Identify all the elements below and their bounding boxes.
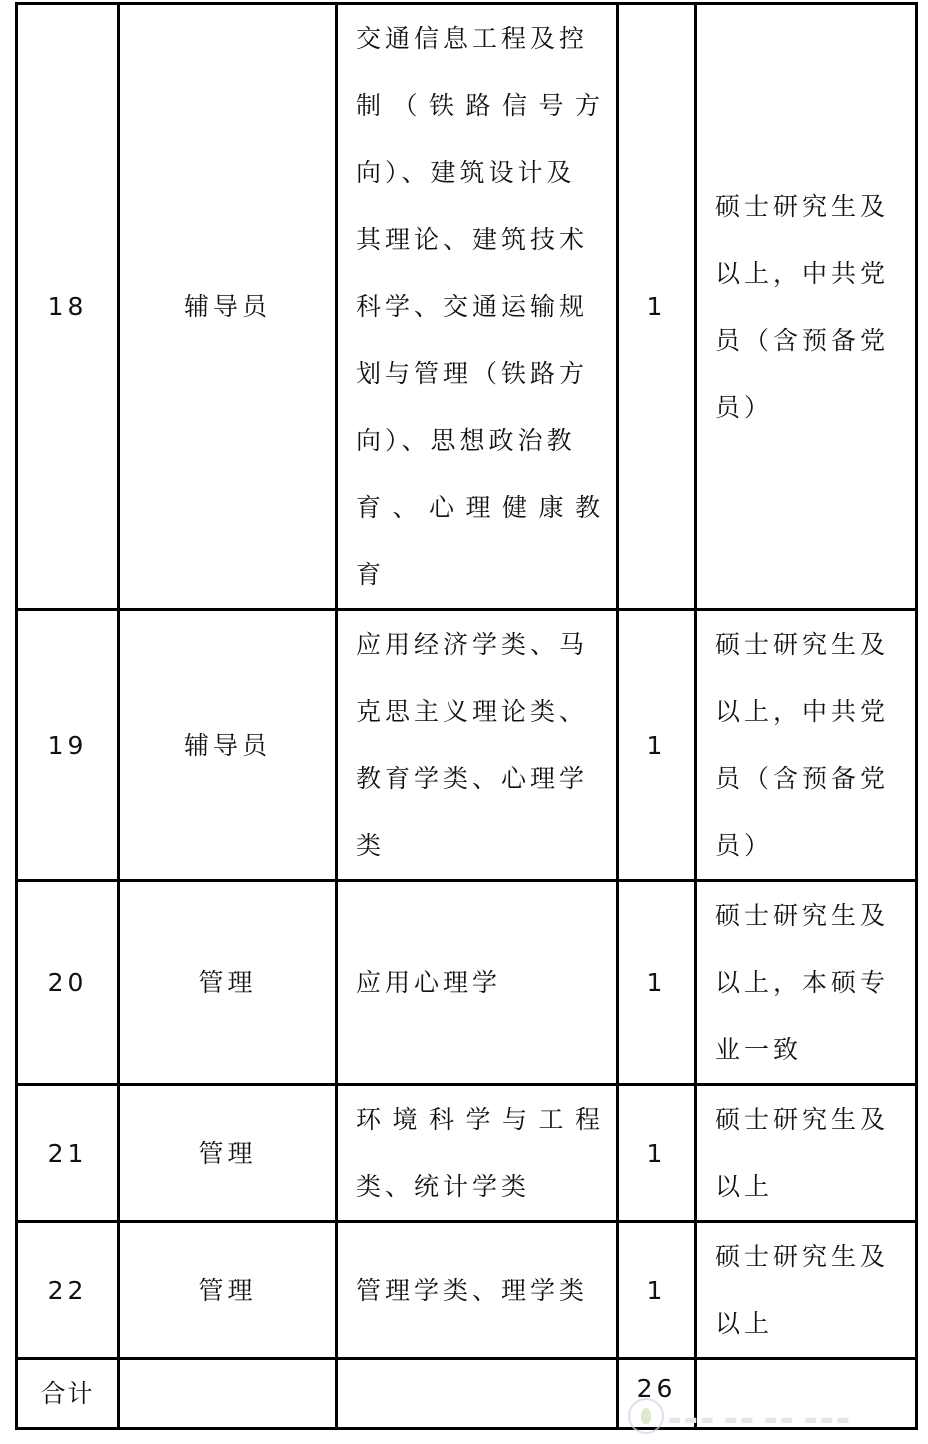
other-requirement: 硕士研究生及 以上 <box>696 1085 917 1222</box>
row-index: 20 <box>17 881 119 1085</box>
major-line: 环境科学与工程 <box>356 1086 604 1153</box>
major-line: 划与管理（铁路方 <box>356 340 604 407</box>
position-name: 管理 <box>119 881 337 1085</box>
headcount: 1 <box>618 881 696 1085</box>
requirement-line: 硕士研究生及 <box>715 173 905 240</box>
school-emblem-icon <box>628 1398 664 1434</box>
position-name: 管理 <box>119 1222 337 1359</box>
requirement-line: 员） <box>715 374 905 441</box>
major-line: 克思主义理论类、 <box>356 678 604 745</box>
requirement-line: 以上 <box>715 1290 905 1357</box>
requirement-line: 以上，本硕专 <box>715 949 905 1016</box>
other-requirement: 硕士研究生及 以上，本硕专 业一致 <box>696 881 917 1085</box>
major-requirement: 管理学类、理学类 <box>337 1222 618 1359</box>
major-line: 向）、思想政治教 <box>356 407 604 474</box>
row-index: 19 <box>17 610 119 881</box>
major-line: 类、统计学类 <box>356 1153 604 1220</box>
major-line: 应用心理学 <box>356 949 604 1016</box>
emblem-center <box>641 1408 651 1424</box>
requirement-line: 业一致 <box>715 1016 905 1083</box>
total-label: 合计 <box>17 1359 119 1429</box>
position-name: 辅导员 <box>119 4 337 610</box>
major-line: 制（铁路信号方 <box>356 72 604 139</box>
row-index: 22 <box>17 1222 119 1359</box>
major-line: 育、心理健康教 <box>356 474 604 541</box>
total-major <box>337 1359 618 1429</box>
major-line: 管理学类、理学类 <box>356 1257 604 1324</box>
major-requirement: 交通信息工程及控 制（铁路信号方 向）、建筑设计及 其理论、建筑技术 科学、交通… <box>337 4 618 610</box>
headcount: 1 <box>618 4 696 610</box>
row-index: 21 <box>17 1085 119 1222</box>
position-name: 辅导员 <box>119 610 337 881</box>
other-requirement: 硕士研究生及 以上，中共党 员（含预备党 员） <box>696 4 917 610</box>
requirement-line: 员（含预备党 <box>715 307 905 374</box>
table-row: 22 管理 管理学类、理学类 1 硕士研究生及 以上 <box>17 1222 917 1359</box>
requirement-line: 以上，中共党 <box>715 240 905 307</box>
position-name: 管理 <box>119 1085 337 1222</box>
major-requirement: 环境科学与工程 类、统计学类 <box>337 1085 618 1222</box>
other-requirement: 硕士研究生及 以上 <box>696 1222 917 1359</box>
major-line: 类 <box>356 812 604 879</box>
table-row: 20 管理 应用心理学 1 硕士研究生及 以上，本硕专 业一致 <box>17 881 917 1085</box>
requirement-line: 以上 <box>715 1153 905 1220</box>
major-requirement: 应用心理学 <box>337 881 618 1085</box>
table-row: 21 管理 环境科学与工程 类、统计学类 1 硕士研究生及 以上 <box>17 1085 917 1222</box>
headcount: 1 <box>618 610 696 881</box>
requirement-line: 硕士研究生及 <box>715 882 905 949</box>
table-row: 18 辅导员 交通信息工程及控 制（铁路信号方 向）、建筑设计及 其理论、建筑技… <box>17 4 917 610</box>
watermark-text: ▬▬▬ ▬▬ ▬▬ ▬▬▬ <box>668 1412 853 1428</box>
row-index: 18 <box>17 4 119 610</box>
major-requirement: 应用经济学类、马 克思主义理论类、 教育学类、心理学 类 <box>337 610 618 881</box>
recruitment-table: 18 辅导员 交通信息工程及控 制（铁路信号方 向）、建筑设计及 其理论、建筑技… <box>15 2 918 1430</box>
major-line: 其理论、建筑技术 <box>356 206 604 273</box>
other-requirement: 硕士研究生及 以上，中共党 员（含预备党 员） <box>696 610 917 881</box>
requirement-line: 以上，中共党 <box>715 678 905 745</box>
total-position <box>119 1359 337 1429</box>
major-line: 应用经济学类、马 <box>356 611 604 678</box>
requirement-line: 员（含预备党 <box>715 745 905 812</box>
requirement-line: 硕士研究生及 <box>715 1086 905 1153</box>
major-line: 交通信息工程及控 <box>356 5 604 72</box>
requirement-line: 硕士研究生及 <box>715 611 905 678</box>
requirement-line: 硕士研究生及 <box>715 1223 905 1290</box>
headcount: 1 <box>618 1222 696 1359</box>
table-row: 19 辅导员 应用经济学类、马 克思主义理论类、 教育学类、心理学 类 1 硕士… <box>17 610 917 881</box>
major-line: 向）、建筑设计及 <box>356 139 604 206</box>
major-line: 教育学类、心理学 <box>356 745 604 812</box>
requirement-line: 员） <box>715 812 905 879</box>
major-line: 科学、交通运输规 <box>356 273 604 340</box>
major-line: 育 <box>356 541 604 608</box>
headcount: 1 <box>618 1085 696 1222</box>
